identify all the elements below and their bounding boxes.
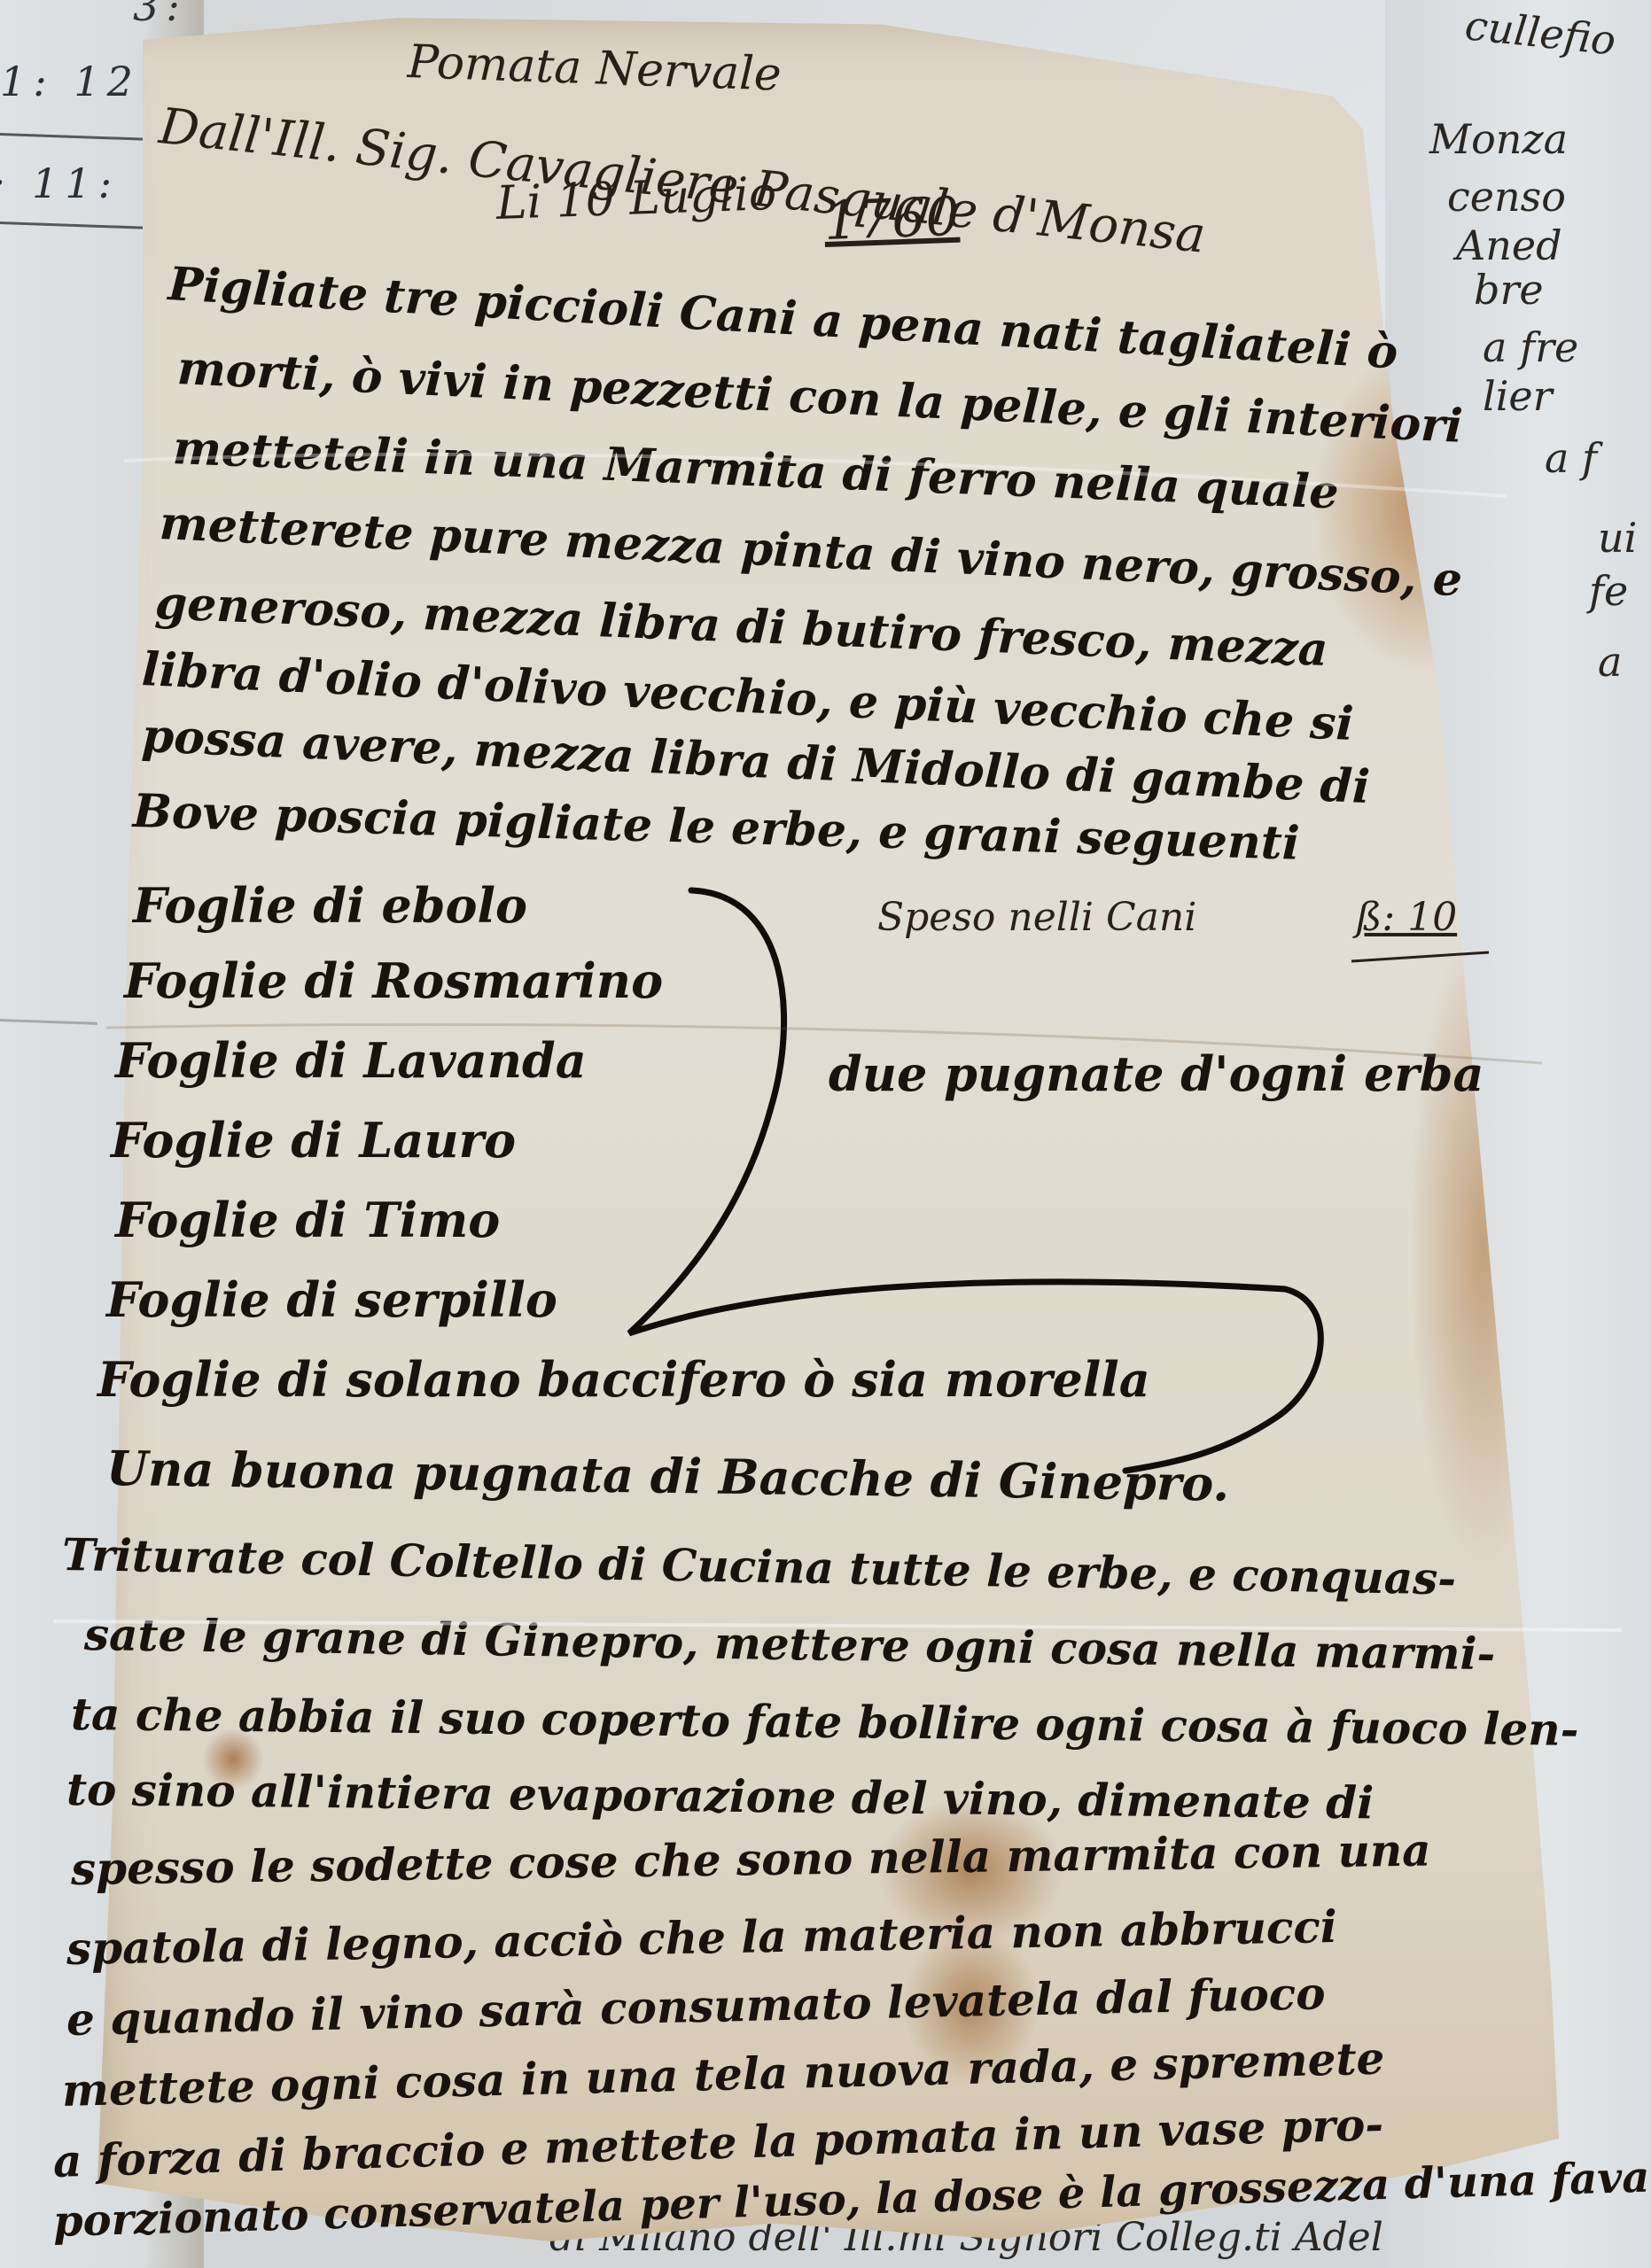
herb-item: Foglie di Timo	[115, 1192, 500, 1248]
ledger-number: 1: 12:	[0, 58, 160, 105]
margin-fragment: bre	[1474, 266, 1544, 314]
margin-fragment: fe	[1589, 567, 1628, 615]
margin-fragment: Aned	[1456, 221, 1562, 269]
bracket-note: due pugnate d'ogni erba	[829, 1045, 1484, 1102]
manuscript-photo: 3: 1: 12: : 11: cullefio Monza censo Ane…	[0, 0, 1651, 2268]
margin-fragment: cullefio	[1463, 1, 1618, 65]
expense-amount: ß: 10	[1356, 895, 1457, 940]
herb-item: Foglie di Lauro	[111, 1112, 516, 1169]
margin-fragment: a fre	[1483, 323, 1578, 371]
ledger-number: 3:	[133, 0, 187, 30]
ledger-rule	[0, 1019, 97, 1025]
herb-item: Foglie di ebolo	[133, 877, 527, 934]
expense-label: Speso nelli Cani	[877, 895, 1196, 940]
herb-item: Foglie di solano baccifero ò sia morella	[97, 1351, 1150, 1408]
herb-item: Foglie di Lavanda	[115, 1032, 587, 1089]
ledger-number: : 11:	[0, 159, 119, 207]
recipe-date: Li 10 Luglio	[495, 167, 777, 230]
margin-fragment: lier	[1483, 372, 1553, 420]
margin-fragment: censo	[1447, 173, 1566, 221]
margin-fragment: a	[1598, 638, 1622, 686]
recipe-year: 1760	[823, 186, 961, 252]
herb-item: Foglie di serpillo	[106, 1271, 557, 1328]
herb-item: Foglie di Rosmarino	[124, 952, 663, 1009]
margin-fragment: ui	[1598, 514, 1637, 562]
margin-fragment: a f	[1545, 434, 1597, 482]
margin-fragment: Monza	[1429, 115, 1568, 163]
